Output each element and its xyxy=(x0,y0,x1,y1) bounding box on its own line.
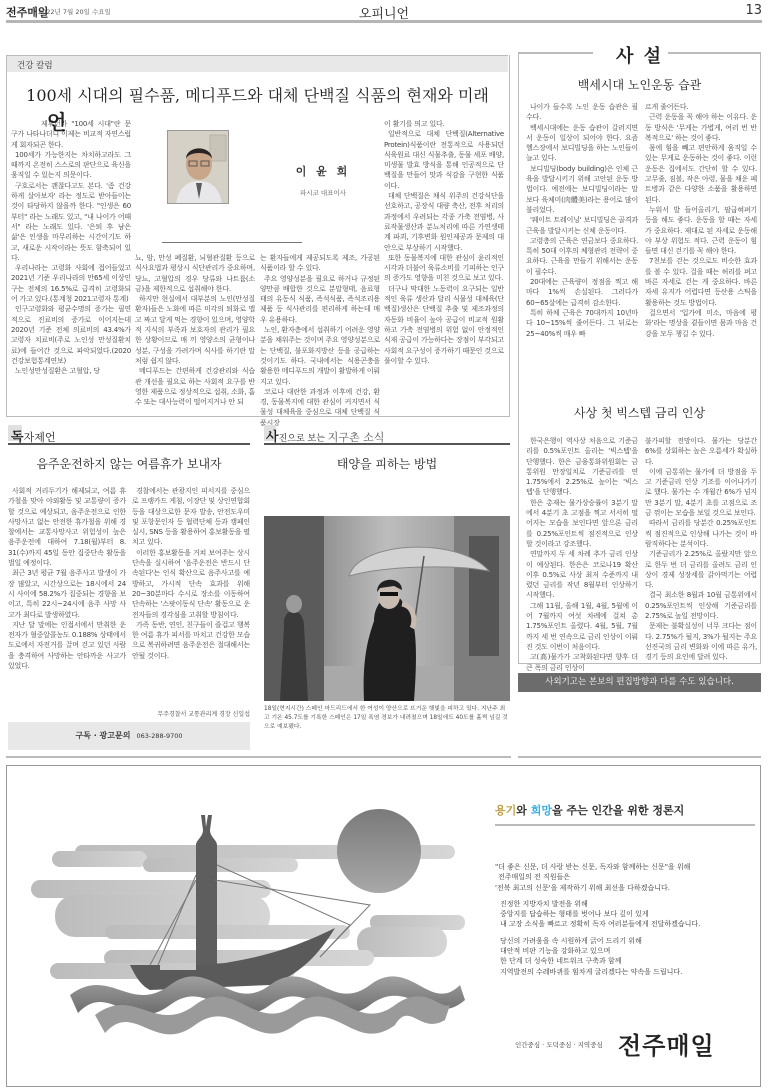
paragraph: 한국은행이 역사상 처음으로 기준금리를 0.5%포인트 올리는 '빅스텝'을 … xyxy=(526,436,638,498)
paragraph: 노인, 환자층에서 섭취하기 어려운 영양분을 채워주는 것이며 주요 영양성분… xyxy=(260,325,380,387)
paragraph: 결국 최소한 8월과 10월 금통위에서 0.25%포인트씩 인상해 기준금리를… xyxy=(645,590,757,621)
health-column-text-col2: 뇨, 암, 만성 폐질환, 뇌혈관질환 등으로 식사요법과 평상시 식단관리가 … xyxy=(135,253,255,407)
paragraph: 기준금리가 2.25%로 올랐지만 앞으로 한두 번 더 금리를 올려도 금리 … xyxy=(645,549,757,590)
ad-line: 내 고장 소식을 빠르고 정확히 독자 여러분들에게 전달하겠습니다. xyxy=(500,919,757,929)
ad-slogan-rule xyxy=(495,824,755,826)
paragraph: 코로나 대란한 과정과 이후에 건강, 환경, 동물복지에 대한 관심이 커지면… xyxy=(260,387,380,428)
paragraph: 노인성만성질환은 고혈압, 당 xyxy=(11,366,131,376)
paragraph: 지난 달 말에는 인접서에서 만취한 운전자가 혈중알콜농도 0.188% 상태… xyxy=(8,620,126,671)
health-column-headline: 100세 시대의 필수품, 메디푸드와 대체 단백질 식품의 현재와 미래 xyxy=(7,83,508,106)
photo-news-headline: 태양을 피하는 방법 xyxy=(264,455,510,472)
paragraph: '웨이트 트레이닝' 보디빌딩은 골격과 근육을 발달시키는 신체 운동이다. xyxy=(526,215,638,236)
health-column-text-col1: 언제부턴가 "100세 시대"란 문구가 나타나더니 이제는 비교적 자연스럽게… xyxy=(11,119,131,376)
paragraph: 이러한 홍보활동을 거쳐 보여주는 상시 단속을 실시하여 '음주운전은 반드시… xyxy=(132,548,250,620)
photo-news-caption: 18일(현지시간) 스페인 마드리드에서 한 여성이 양산으로 뜨거운 햇빛을 … xyxy=(264,705,510,732)
ad-paragraph: 진정한 지방자치 발전을 위해 중앙지를 답습하는 형태를 벗어나 보다 깊이 … xyxy=(495,899,757,930)
paragraph: 경찰에서는 관광지인 피서지를 중심으로 프랭카드 게첨, 이장단 및 상인연합… xyxy=(132,486,250,548)
health-column-label: 건강 칼럼 xyxy=(17,59,53,71)
ad-line: 중앙지를 답습하는 형태를 벗어나 보다 깊이 있게 xyxy=(500,909,757,919)
author-portrait-icon xyxy=(168,131,229,204)
ad-body-text: "더 좋은 신문, 더 사랑 받는 신문, 독자와 함께하는 신문"을 위해 전… xyxy=(495,862,757,983)
paragraph: 고령층의 근육은 연금보다 중요하다. 특히 50대 이후의 체형관리 전략이 … xyxy=(526,236,638,277)
paragraph: 몸에 힘을 빼고 편안하게 움직일 수 있는 무게로 운동하는 것이 좋다. 이… xyxy=(645,143,757,205)
reader-column-rule xyxy=(8,443,250,445)
paragraph: 보디빌딩(body building)은 인체 근육을 발달시키기 위해 고안된… xyxy=(526,164,638,215)
editorial-1-text-col2: 르게 줄어든다. 근력 운동을 꼭 해야 하는 이유다. 운동 방식은 '무게는… xyxy=(645,102,757,339)
sailing-ship-pen-nib-illustration-icon xyxy=(20,785,480,1065)
health-column-text-col4: 이 활기를 띄고 있다. 일반적으로 대체 단백질(Alternative Pr… xyxy=(384,119,504,366)
reader-column-text-col1: 사회적 거리두기가 해제되고, 여름 휴가철을 맞아 야외활동 및 교통량이 증… xyxy=(8,486,126,671)
ad-motto: 인간중심 · 도덕중심 · 지역중심 xyxy=(515,1040,603,1049)
ad-line: '전북 최고의 신문'을 제작하기 위해 최선을 다하겠습니다. xyxy=(495,883,757,893)
editorial-2-headline: 사상 첫 빅스텝 금리 인상 xyxy=(518,404,761,421)
paragraph: 따라서 금리를 당분간 0.25%포인트씩 점진적으로 인상해 나가는 것이 바… xyxy=(645,518,757,549)
paragraph: 또한 동물복지에 대한 관심이 윤리적인 시각과 더불어 육류소비를 기피하는 … xyxy=(384,253,504,284)
health-column-box: 건강 칼럼 100세 시대의 필수품, 메디푸드와 대체 단백질 식품의 현재와… xyxy=(6,55,510,417)
paragraph: 우리나라는 고령화 사회에 접어들었고 2021년 기준 우리나라의 만65세 … xyxy=(11,263,131,304)
dropcap: 언 xyxy=(17,117,66,127)
slogan-rest: 을 주는 인간을 위한 정론지 xyxy=(552,804,684,817)
header-rule xyxy=(6,20,762,23)
woman-with-parasol-photo-icon xyxy=(264,516,510,701)
reader-column-byline: 무주경찰서 교통관리계 경장 신일섭 xyxy=(132,709,250,718)
ad-line: 대안적 비판 기능을 강화하고 있으며 xyxy=(500,946,757,956)
section-divider-left xyxy=(6,756,511,758)
paragraph: 인구고령화와 평균수명의 증가는 필연적으로 진료비의 증가로 이어지는데 20… xyxy=(11,304,131,366)
ad-paragraph: "더 좋은 신문, 더 사랑 받는 신문, 독자와 함께하는 신문"을 위해 전… xyxy=(495,862,757,893)
author-photo xyxy=(167,130,229,204)
paragraph: 불가피할 전망이다. 물가는 당분간 6%를 상회하는 높은 오름세가 확실하다… xyxy=(645,436,757,467)
paragraph: 최근 3년 평균 7월 음주사고 발생이 가장 많았고, 시간상으로는 18시에… xyxy=(8,568,126,619)
paragraph: 문제는 불확실성이 너무 크다는 점이다. 2.75%가 될지, 3%가 될지는… xyxy=(645,621,757,662)
paragraph: 는 환자들에게 제공되도록 제조, 가공된 식품이라 할 수 있다. xyxy=(260,253,380,274)
author-role: 파시코 대표이사 xyxy=(263,188,383,197)
paragraph: 고(高)물가가 고착화된다면 향후 더 큰 폭의 금리 인상이 xyxy=(526,652,638,673)
paragraph: 20대에는 근육량이 정점을 찍고 해마다 1%씩 손실된다. 그러다가 60~… xyxy=(526,277,638,308)
editorial-1-headline: 백세시대 노인운동 습관 xyxy=(518,76,761,93)
ad-slogan: 용기와 희망을 주는 인간을 위한 정론지 xyxy=(495,802,755,818)
paragraph: 주요 영양성분을 필요로 하거나 규정된 양만큼 배합한 것으로 분말형태, 음… xyxy=(260,274,380,325)
paragraph: 그해 11월, 올해 1월, 4월, 5월에 이어 7월까지 여섯 차례에 걸쳐… xyxy=(526,601,638,652)
slogan-hope: 희망 xyxy=(531,804,552,817)
ad-line: "더 좋은 신문, 더 사랑 받는 신문, 독자와 함께하는 신문"을 위해 xyxy=(495,862,757,872)
health-column-text-col3: 는 환자들에게 제공되도록 제조, 가공된 식품이라 할 수 있다. 주요 영양… xyxy=(260,253,380,428)
paragraph: 구호로서는 괜찮다고도 본다. '좀 건강하게 살아보자' 라는 정도로 받아들… xyxy=(11,181,131,263)
editorial-1-text-col1: 나이가 들수록 노인 운동 습관은 필수다. 백세시대에는 운동 습관이 갈러지… xyxy=(526,102,638,339)
editorial-2-text-col1: 한국은행이 역사상 처음으로 기준금리를 0.5%포인트 올리는 '빅스텝'을 … xyxy=(526,436,638,673)
ad-newspaper-logo: 전주매일 xyxy=(618,1026,715,1061)
paragraph: 이 활기를 띄고 있다. xyxy=(384,119,504,129)
paragraph: 이에 금통위는 물가에 더 방점을 두고 기준금리 인상 기조를 이어나가기로 … xyxy=(645,467,757,518)
paragraph: 특히 하체 근육은 70대까지 10년마다 10~15%씩 줄어든다. 그 뒤로… xyxy=(526,308,638,339)
ad-line: 당신의 가려움을 속 시원하게 긁어 드리기 위해 xyxy=(500,936,757,946)
paragraph: 한은 총재는 물가상승률이 3분기 말에서 4분기 초 고점을 찍고 서서히 떨… xyxy=(526,498,638,549)
subscription-contact-box: 구독 · 광고문의063-288-9700 xyxy=(8,722,250,750)
paragraph: 르게 줄어든다. xyxy=(645,102,757,112)
ad-illustration xyxy=(20,785,480,1065)
ad-line: 진정한 지방자치 발전을 위해 xyxy=(500,899,757,909)
page-number: 13 xyxy=(745,3,762,18)
paragraph: 일반적으로 대체 단백질(Alternative Protein)식품이란 전통… xyxy=(384,129,504,191)
subscription-phone: 063-288-9700 xyxy=(136,732,182,740)
paragraph: 가족 동반, 연인, 친구들이 즐겁고 행복한 여름 휴가 피서를 마치고 건강… xyxy=(132,620,250,661)
ad-line: 지역발전의 수레바퀴를 힘차게 굴리겠다는 약속을 드립니다. xyxy=(500,967,757,977)
paragraph: 누워서 발 들어올리기, 팔굽혀펴기 등을 해도 좋다. 운동을 할 때는 자세… xyxy=(645,205,757,256)
reader-column-text-col2: 경찰에서는 관광지인 피서지를 중심으로 프랭카드 게첨, 이장단 및 상인연합… xyxy=(132,486,250,661)
paragraph: 더구나 막대한 노동력이 요구되는 일반적인 육류 생산과 달리 식물성 대체육… xyxy=(384,284,504,366)
paragraph: 하지만 현실에서 대부분의 노인(만성질환자)들은 노화에 따른 미각의 퇴화로… xyxy=(135,294,255,366)
ad-line: 전주매일의 전 직원들은 xyxy=(495,872,757,882)
photo-news-image xyxy=(264,516,510,701)
paragraph: 걸으면서 '입가에 미소, 마음에 평화'라는 명상을 곁들이면 몸과 마음 건… xyxy=(645,308,757,339)
paragraph: 뇨, 암, 만성 폐질환, 뇌혈관질환 등으로 식사요법과 평상시 식단관리가 … xyxy=(135,253,255,294)
ad-line: 한 단계 더 성숙한 네트워크 구축과 함께 xyxy=(500,956,757,966)
editorial-heading: 사 설 xyxy=(518,42,761,68)
paragraph: 대체 단백질은 채식 위주의 건강식단을 선호하고, 공장식 대량 축산, 전후… xyxy=(384,191,504,253)
paragraph: 100세가 가능한지는 차치하고라도 그 때까지 온전히 스스로의 판단으로 육… xyxy=(11,150,131,181)
editorial-2-text-col2: 불가피할 전망이다. 물가는 당분간 6%를 상회하는 높은 오름세가 확실하다… xyxy=(645,436,757,663)
paragraph: 메디푸드는 간편하게 건강관리와 식습관 개선을 필요로 하는 사회적 요구를 … xyxy=(135,366,255,407)
paragraph: 7천보를 걷는 것으로도 비슷한 효과를 볼 수 있다. 걸을 때는 허리를 펴… xyxy=(645,256,757,307)
health-column-bar: 건강 칼럼 xyxy=(7,55,508,72)
slogan-courage: 용기 xyxy=(495,804,516,817)
slogan-mid: 와 xyxy=(516,804,530,817)
paragraph: 사회적 거리두기가 해제되고, 여름 휴가철을 맞아 야외활동 및 교통량이 증… xyxy=(8,486,126,568)
section-divider-right xyxy=(518,756,761,758)
paragraph: 연말까지 두 세 차례 추가 금리 인상이 예상된다. 한은은 코로나19 확산… xyxy=(526,549,638,600)
ad-paragraph: 당신의 가려움을 속 시원하게 긁어 드리기 위해 대안적 비판 기능을 강화하… xyxy=(495,936,757,977)
paragraph: 근력 운동을 꼭 해야 하는 이유다. 운동 방식은 '무게는 가볍게, 여러 … xyxy=(645,112,757,143)
paragraph: 나이가 들수록 노인 운동 습관은 필수다. xyxy=(526,102,638,123)
author-name: 이 윤 희 xyxy=(263,163,383,179)
subscription-label: 구독 · 광고문의 xyxy=(75,731,130,740)
reader-column-headline: 음주운전하지 않는 여름휴가 보내자 xyxy=(8,455,250,472)
opinion-disclaimer-banner: 사외기고는 본보의 편집방향과 다를 수도 있습니다. xyxy=(518,673,761,692)
author-box-rule xyxy=(162,242,302,243)
paragraph: 백세시대에는 운동 습관이 갈러지면서 운동이 일상이 되어야 한다. 요즘 헬… xyxy=(526,123,638,164)
photo-news-rule xyxy=(264,443,510,445)
